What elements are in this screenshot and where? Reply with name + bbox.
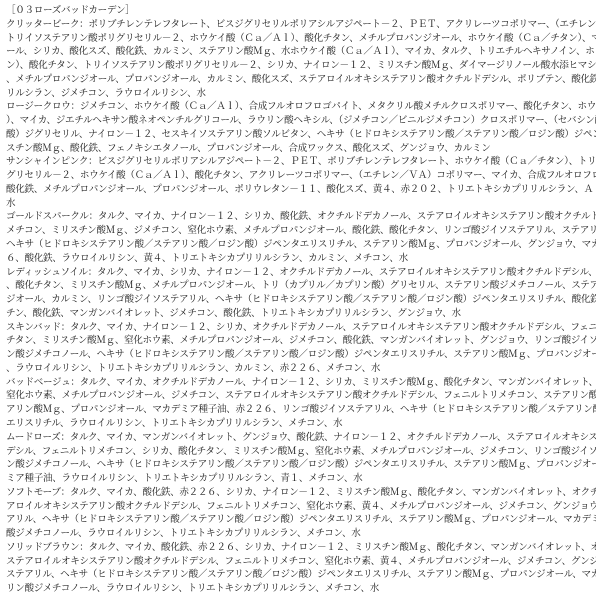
ingredient-line: 酸化鉄、メチルプロパンジオール、プロパンジオール、ポリウレタン－１１、酸化スズ、… bbox=[6, 183, 596, 197]
ingredient-line: ン酸ジメチコノール、ヘキサ（ヒドロキシステアリン酸／ステアリン酸／ロジン酸）ジペ… bbox=[6, 458, 596, 472]
ingredient-line: ヘキサ（ヒドロキシステアリン酸／ステアリン酸／ロジン酸）ジペンタエリスリチル、ス… bbox=[6, 238, 596, 252]
ingredient-line: ロージークロウ：ジメチコン、ホウケイ酸（Ｃａ／Ａｌ）、合成フルオロフロゴパイト、… bbox=[6, 100, 596, 114]
ingredient-line: ソリッドブラウン：タルク、マイカ、酸化鉄、赤２２６、シリカ、ナイロン－１２、ミリ… bbox=[6, 541, 596, 555]
ingredient-line: 、ラウロイルリシン、トリエトキシカプリリルシラン、カルミン、赤２２６、メチコン、… bbox=[6, 362, 596, 376]
ingredient-line: ６、酸化鉄、ラウロイルリシン、黄４、トリエトキシカプリリルシラン、カルミン、メチ… bbox=[6, 252, 596, 266]
ingredient-line: メチコン、ミリスチン酸Ｍｇ、ジメチコン、窒化ホウ素、メチルプロパンジオール、酸化… bbox=[6, 224, 596, 238]
ingredient-line: アロイルオキシステアリン酸オクチルドデシル、フェニルトリメチコン、窒化ホウ素、黄… bbox=[6, 500, 596, 514]
ingredient-line: ミア種子油、ラウロイルリシン、トリエトキシカプリリルシラン、青１、メチコン、水 bbox=[6, 472, 596, 486]
ingredient-line: 、酸化チタン、ミリスチン酸Ｍｇ、メチルプロパンジオール、トリ（カプリル／カプリン… bbox=[6, 279, 596, 293]
ingredient-line: スチン酸Ｍｇ、酸化鉄、フェノキシエタノール、プロパンジオール、合成ワックス、酸化… bbox=[6, 142, 596, 156]
ingredient-line: ソフトモーブ：タルク、マイカ、酸化鉄、赤２２６、シリカ、ナイロン－１２、ミリスチ… bbox=[6, 486, 596, 500]
ingredient-line: スキンバッド：タルク、マイカ、ナイロン－１２、シリカ、オクチルドデカノール、ステ… bbox=[6, 321, 596, 335]
ingredient-line: 酸ジメチコノール、ラウロイルリシン、トリエトキシカプリリルシラン、メチコン、水 bbox=[6, 527, 596, 541]
ingredient-line: ール、シリカ、酸化スズ、酸化鉄、カルミン、ステアリン酸Ｍｇ、水ホウケイ酸（Ｃａ／… bbox=[6, 45, 596, 59]
ingredient-line: クリッタービーク：ポリブチレンテレフタレート、ビスジグリセリルポリアシルアジペー… bbox=[6, 18, 596, 32]
ingredient-line: ゴールドスパークル：タルク、マイカ、ナイロン－１２、シリカ、酸化鉄、オクチルドデ… bbox=[6, 210, 596, 224]
ingredient-line: アリン酸Ｍｇ、プロパンジオール、マカデミア種子油、赤２２６、リンゴ酸ジイソステア… bbox=[6, 403, 596, 417]
ingredient-line: バッドベージュ：タルク、マイカ、オクチルドデカノール、ナイロン－１２、シリカ、ミ… bbox=[6, 376, 596, 390]
ingredient-line: チタン、ミリスチン酸Ｍｇ、窒化ホウ素、メチルプロパンジオール、ジメチコン、酸化鉄… bbox=[6, 334, 596, 348]
ingredient-line: サンシャインピンク：ビスジグリセリルポリアシルアジペート－２、ＰＥＴ、ポリブチレ… bbox=[6, 155, 596, 169]
ingredient-line: リン酸ジメチコノール、ラウロイルリシン、トリエトキシカプリリルシラン、メチコン、… bbox=[6, 582, 596, 596]
ingredient-line: レディッシュソイル：タルク、マイカ、シリカ、ナイロン－１２、オクチルドデカノール… bbox=[6, 266, 596, 280]
ingredient-line: ステアリル、ヘキサ（ヒドロキシステアリン酸／ステアリン酸／ロジン酸）ジペンタエリ… bbox=[6, 568, 596, 582]
ingredient-line: ン酸ジメチコノール、ヘキサ（ヒドロキシステアリン酸／ステアリン酸／ロジン酸）ジペ… bbox=[6, 348, 596, 362]
ingredient-lines: クリッタービーク：ポリブチレンテレフタレート、ビスジグリセリルポリアシルアジペー… bbox=[6, 18, 596, 596]
ingredient-line: デシル、フェニルトリメチコン、シリカ、酸化チタン、ミリスチン酸Ｍｇ、窒化ホウ素、… bbox=[6, 445, 596, 459]
ingredient-line: チン、酸化鉄、マンガンバイオレット、ジメチコン、酸化鉄、トリエトキシカプリリルシ… bbox=[6, 307, 596, 321]
ingredient-line: 、メチルプロパンジオール、プロパンジオール、カルミン、酸化スズ、ステアロイルオキ… bbox=[6, 73, 596, 87]
ingredient-line: リルシラン、ジメチコン、ラウロイルリシン、水 bbox=[6, 87, 596, 101]
ingredient-line: エリスリチル、ラウロイルリシン、トリエトキシカプリリルシラン、メチコン、水 bbox=[6, 417, 596, 431]
ingredient-line: 酸）ジグリセリル、ナイロン－１２、セスキイソステアリン酸ソルビタン、ヘキサ（ヒド… bbox=[6, 128, 596, 142]
ingredient-line: ジオール、カルミン、リンゴ酸ジイソステアリル、ヘキサ（ヒドロキシステアリン酸／ス… bbox=[6, 293, 596, 307]
ingredient-line: アリル、ヘキサ（ヒドロキシステアリン酸／ステアリン酸／ロジン酸）ジペンタエリスリ… bbox=[6, 513, 596, 527]
ingredient-line: トリイソステアリン酸ポリグリセリル－２、ホウケイ酸（Ｃａ／Ａｌ）、酸化チタン、メ… bbox=[6, 32, 596, 46]
ingredient-line: ステアロイルオキシステアリン酸オクチルドデシル、フェニルトリメチコン、窒化ホウ素… bbox=[6, 555, 596, 569]
ingredient-line: グリセリル－２、ホウケイ酸（Ｃａ／Ａｌ）、酸化チタン、アクリレーツコポリマー、（… bbox=[6, 169, 596, 183]
ingredient-line: ン）、酸化チタン、トリイソステアリン酸ポリグリセリル－２、シリカ、ナイロン－１２… bbox=[6, 59, 596, 73]
ingredient-line: 窒化ホウ素、メチルプロパンジオール、ジメチコン、ステアロイルオキシステアリン酸オ… bbox=[6, 389, 596, 403]
ingredient-list-document: ［０３ローズバッドカーデン］ クリッタービーク：ポリブチレンテレフタレート、ビス… bbox=[6, 4, 596, 596]
document-title: ［０３ローズバッドカーデン］ bbox=[6, 4, 596, 18]
ingredient-line: ）、マイカ、ジエチルヘキサン酸ネオペンチルグリコール、ラウリン酸ヘキシル、（ジメ… bbox=[6, 114, 596, 128]
ingredient-line: 水 bbox=[6, 197, 596, 211]
ingredient-line: ムードローズ：タルク、マイカ、マンガンバイオレット、グンジョウ、酸化鉄、ナイロン… bbox=[6, 431, 596, 445]
